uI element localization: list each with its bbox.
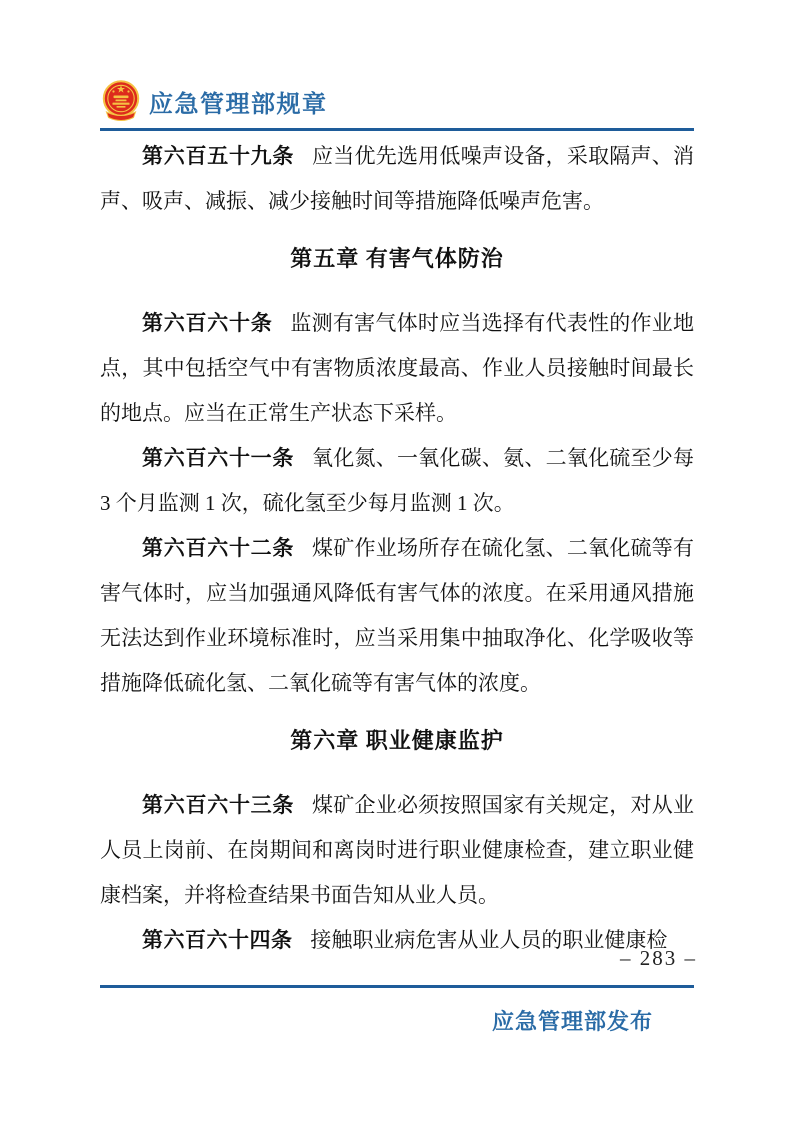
page-header: 应急管理部规章 — [100, 78, 694, 124]
chapter-heading-5: 第五章 有害气体防治 — [100, 236, 694, 281]
article-number-664: 第六百六十四条 — [142, 929, 310, 952]
document-page: 应急管理部规章 第六百五十九条应当优先选用低噪声设备，采取隔声、消声、吸声、减振… — [0, 0, 793, 1122]
article-number-662: 第六百六十二条 — [142, 537, 312, 560]
header-rule — [100, 128, 694, 131]
publisher-label: 应急管理部发布 — [492, 1005, 653, 1036]
chapter-heading-6: 第六章 职业健康监护 — [100, 718, 694, 763]
national-emblem-icon — [100, 79, 142, 123]
article-paragraph-660: 第六百六十条监测有害气体时应当选择有代表性的作业地点，其中包括空气中有害物质浓度… — [100, 301, 694, 436]
footer-rule — [100, 985, 694, 988]
article-paragraph-664: 第六百六十四条接触职业病危害从业人员的职业健康检 — [100, 918, 694, 963]
article-paragraph-659: 第六百五十九条应当优先选用低噪声设备，采取隔声、消声、吸声、减振、减少接触时间等… — [100, 134, 694, 224]
article-paragraph-662: 第六百六十二条煤矿作业场所存在硫化氢、二氧化硫等有害气体时，应当加强通风降低有害… — [100, 526, 694, 706]
article-number-661: 第六百六十一条 — [142, 447, 312, 470]
article-paragraph-661: 第六百六十一条氧化氮、一氧化碳、氨、二氧化硫至少每 3 个月监测 1 次，硫化氢… — [100, 436, 694, 526]
document-body: 第六百五十九条应当优先选用低噪声设备，采取隔声、消声、吸声、减振、减少接触时间等… — [100, 134, 694, 963]
page-number: – 283 – — [620, 946, 697, 971]
article-number-663: 第六百六十三条 — [142, 794, 312, 817]
article-number-660: 第六百六十条 — [142, 312, 290, 335]
article-paragraph-663: 第六百六十三条煤矿企业必须按照国家有关规定，对从业人员上岗前、在岗期间和离岗时进… — [100, 783, 694, 918]
article-number-659: 第六百五十九条 — [142, 145, 312, 168]
article-text-664: 接触职业病危害从业人员的职业健康检 — [310, 928, 667, 952]
header-title: 应急管理部规章 — [149, 84, 328, 119]
